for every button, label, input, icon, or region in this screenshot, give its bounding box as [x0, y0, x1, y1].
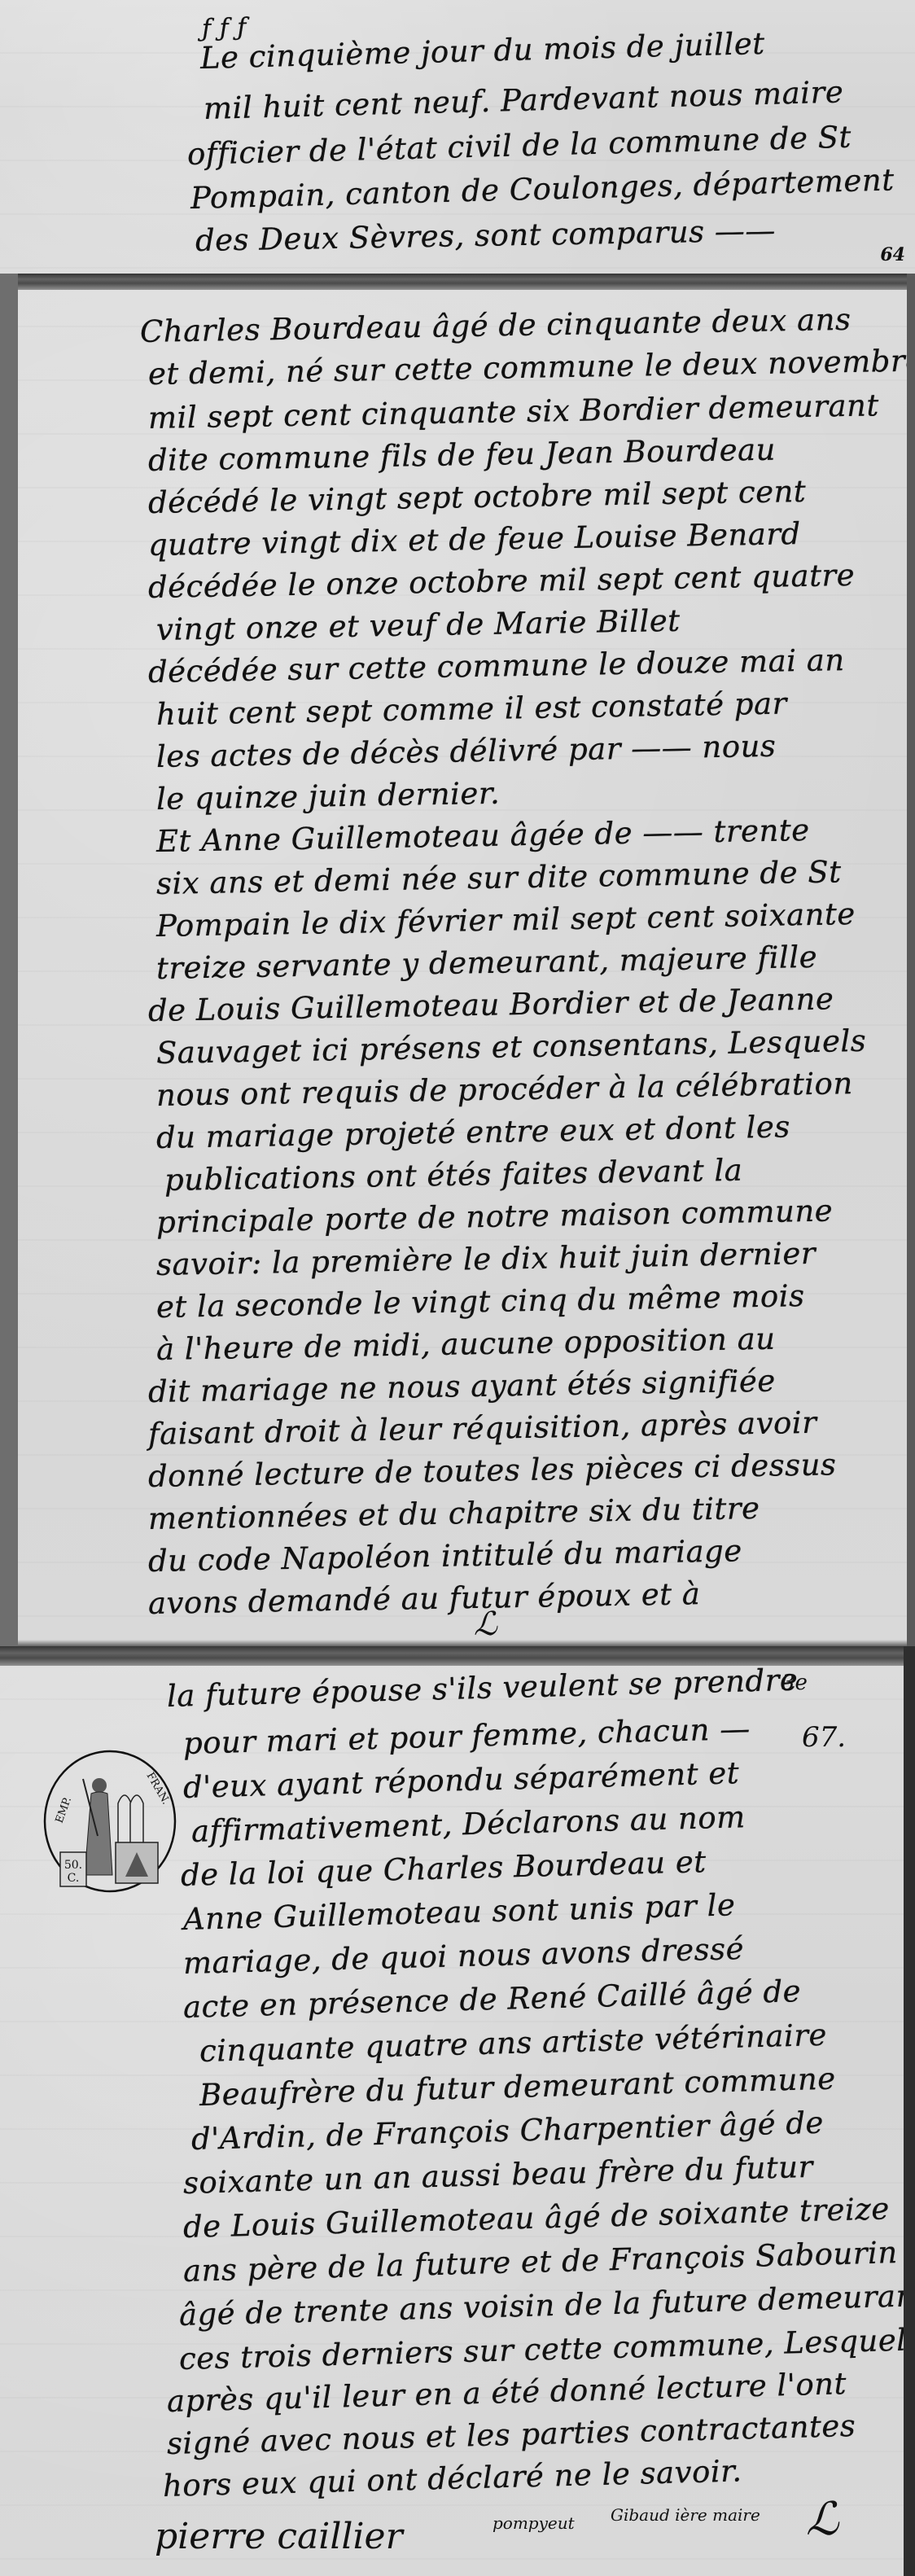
stamp-text-left: EMP.	[54, 1795, 74, 1825]
handwritten-line: Pompain le dix février mil sept cent soi…	[156, 896, 856, 944]
handwritten-line: faisant droit à leur réquisition, après …	[148, 1405, 817, 1452]
handwritten-line: Charles Bourdeau âgé de cinquante deux a…	[140, 302, 852, 349]
handwritten-line: mariage, de quoi nous avons dressé	[182, 1931, 744, 1981]
handwritten-line: mil huit cent neuf. Pardevant nous maire	[203, 74, 843, 126]
handwritten-line: pour mari et pour femme, chacun —	[182, 1711, 751, 1761]
handwritten-line: Et Anne Guillemoteau âgée de —— trente	[156, 813, 810, 859]
stamp-unit: C.	[68, 1872, 80, 1885]
handwritten-line: et demi, né sur cette commune le deux no…	[148, 343, 915, 392]
handwritten-line: la future épouse s'ils veulent se prendr…	[166, 1663, 798, 1714]
handwritten-line: ans père de la future et de François Sab…	[182, 2235, 898, 2289]
handwritten-line: mil sept cent cinquante six Bordier deme…	[148, 388, 880, 436]
handwritten-line: officier de l'état civil de la commune d…	[186, 120, 852, 172]
handwritten-line: dite commune fils de feu Jean Bourdeau	[148, 432, 777, 478]
handwritten-line: Le cinquième jour du mois de juillet	[199, 26, 765, 76]
handwritten-line: de la loi que Charles Bourdeau et	[180, 1844, 707, 1893]
handwritten-line: dit mariage ne nous ayant étés signifiée	[148, 1364, 776, 1409]
handwritten-line: décédée sur cette commune le douze mai a…	[148, 642, 845, 690]
handwritten-line: six ans et demi née sur dite commune de …	[156, 854, 842, 901]
handwritten-line: publications ont étés faites devant la	[164, 1153, 743, 1198]
handwritten-line: décédée le onze octobre mil sept cent qu…	[148, 558, 856, 605]
signature: pierre caillier	[155, 2516, 403, 2557]
scanned-register-viewer: ƒ ƒ ƒ Le cinquième jour du mois de juill…	[0, 0, 915, 2576]
page-fold-shadow	[18, 1640, 907, 1646]
margin-note: 67.	[802, 1721, 846, 1754]
handwritten-line: des Deux Sèvres, sont comparus ——	[195, 213, 777, 258]
handwritten-line: quatre vingt dix et de feue Louise Benar…	[148, 516, 801, 563]
paraph-flourish-icon: ℒ	[806, 2493, 838, 2546]
handwritten-line: et la seconde le vingt cinq du même mois	[156, 1278, 805, 1325]
handwritten-line: décédé le vingt sept octobre mil sept ce…	[148, 474, 807, 520]
register-page-segment-top: ƒ ƒ ƒ Le cinquième jour du mois de juill…	[0, 0, 915, 274]
handwritten-fragment: ƒ ƒ ƒ	[201, 13, 247, 43]
handwritten-line: d'Ardin, de François Charpentier âgé de	[190, 2105, 824, 2157]
handwritten-line: hors eux qui ont déclaré ne le savoir.	[162, 2453, 742, 2504]
handwritten-line: le quinze juin dernier.	[156, 776, 501, 817]
handwritten-line: d'eux ayant répondu séparément et	[182, 1755, 739, 1805]
handwritten-line: savoir: la première le dix huit juin der…	[156, 1236, 816, 1282]
handwritten-line: treize servante y demeurant, majeure fil…	[156, 940, 818, 986]
handwritten-line: avons demandé au futur époux et à	[148, 1576, 701, 1621]
handwritten-line: les actes de décès délivré par —— nous	[156, 729, 777, 774]
handwritten-line: du code Napoléon intitulé du mariage	[148, 1533, 742, 1579]
handwritten-line: Sauvaget ici présens et consentans, Lesq…	[156, 1023, 867, 1071]
margin-note: 3e	[781, 1671, 808, 1695]
handwritten-line: à l'heure de midi, aucune opposition au	[156, 1321, 776, 1367]
stamp-value: 50.	[64, 1859, 82, 1872]
tax-stamp: 50. C. EMP. FRAN.	[41, 1746, 179, 1897]
handwritten-line: principale porte de notre maison commune	[156, 1193, 834, 1240]
signature: pompyeut	[493, 2513, 575, 2533]
handwritten-line: huit cent sept comme il est constaté par	[156, 686, 788, 732]
handwritten-line: vingt onze et veuf de Marie Billet	[156, 603, 681, 647]
paraph-flourish-icon: ℒ	[474, 1606, 497, 1643]
binding-edge	[18, 274, 907, 290]
handwritten-line: affirmativement, Déclarons au nom	[190, 1799, 746, 1849]
handwritten-line: mentionnées et du chapitre six du titre	[148, 1491, 760, 1536]
handwritten-line: acte en présence de René Caillé âgé de	[182, 1974, 801, 2025]
signature: Gibaud ière maire	[611, 2505, 760, 2525]
handwritten-line: donné lecture de toutes les pièces ci de…	[148, 1447, 837, 1494]
handwritten-line: Pompain, canton de Coulonges, départemen…	[190, 162, 895, 216]
handwritten-line: Anne Guillemoteau sont unis par le	[182, 1887, 735, 1937]
register-page-segment-middle: Charles Bourdeau âgé de cinquante deux a…	[0, 274, 915, 1646]
handwritten-line: soixante un an aussi beau frère du futur	[182, 2149, 813, 2201]
stamp-emblem-icon: 50. C. EMP. FRAN.	[41, 1746, 179, 1897]
page-number: 64	[880, 244, 905, 265]
handwritten-line: de Louis Guillemoteau âgé de soixante tr…	[182, 2191, 890, 2245]
handwritten-line: nous ont requis de procéder à la célébra…	[156, 1066, 853, 1113]
handwritten-line: cinquante quatre ans artiste vétérinaire	[199, 2017, 827, 2069]
handwritten-line: de Louis Guillemoteau Bordier et de Jean…	[148, 981, 834, 1028]
handwritten-line: du mariage projeté entre eux et dont les	[156, 1109, 790, 1155]
handwritten-line: Beaufrère du futur demeurant commune	[199, 2061, 836, 2113]
